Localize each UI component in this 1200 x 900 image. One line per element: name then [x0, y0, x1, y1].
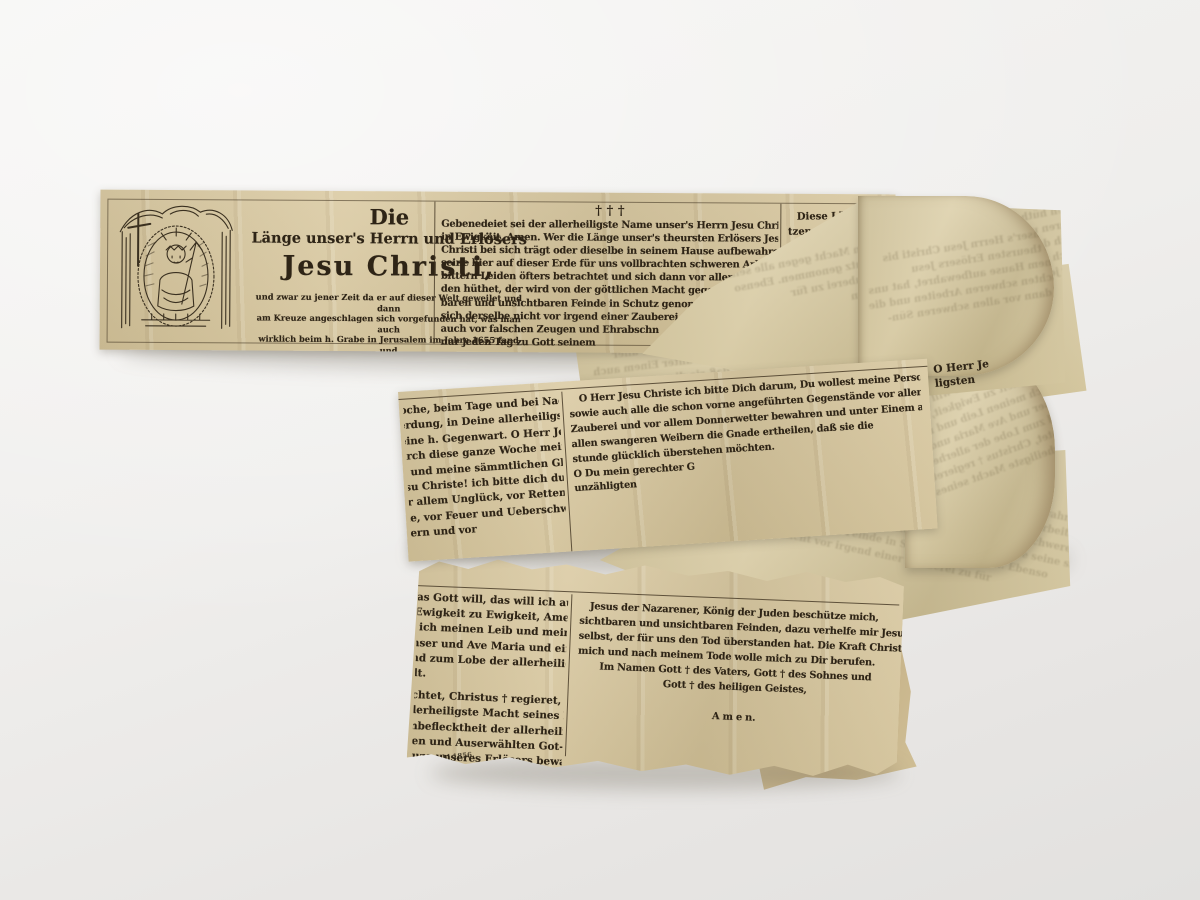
face-detail	[172, 256, 180, 263]
far-right-fragment: O Herr Je ligsten	[933, 357, 991, 391]
christ-ecce-homo-engraving	[112, 202, 241, 337]
lower-right-column: Jesus der Nazarener, König der Juden bes…	[575, 599, 896, 732]
left-column	[122, 232, 131, 328]
crossed-arms	[162, 290, 190, 303]
pedestal	[142, 314, 210, 326]
scroll-rolled-end: Gebenedeiet sei der allerheiligste Name …	[858, 196, 1054, 376]
right-column	[222, 230, 231, 328]
photo-of-devotional-scroll: O Herr Jesu Christe ich bitte Dich darum…	[0, 0, 1200, 900]
lower-left-column: Was Gott will, das will ich auch r Ewigk…	[411, 590, 568, 770]
engraving-art	[112, 202, 241, 337]
amen-line: A m e n.	[575, 704, 891, 732]
middle-right-column: O Herr Jesu Christe ich bitte Dich darum…	[568, 371, 926, 497]
hatching	[145, 242, 208, 286]
middle-left-column: Woche, beim Tage und bei Nacht in Dein w…	[403, 394, 567, 542]
middle-band: Woche, beim Tage und bei Nacht in Dein w…	[398, 359, 938, 562]
lower-band: Was Gott will, das will ich auch r Ewigk…	[406, 552, 904, 783]
